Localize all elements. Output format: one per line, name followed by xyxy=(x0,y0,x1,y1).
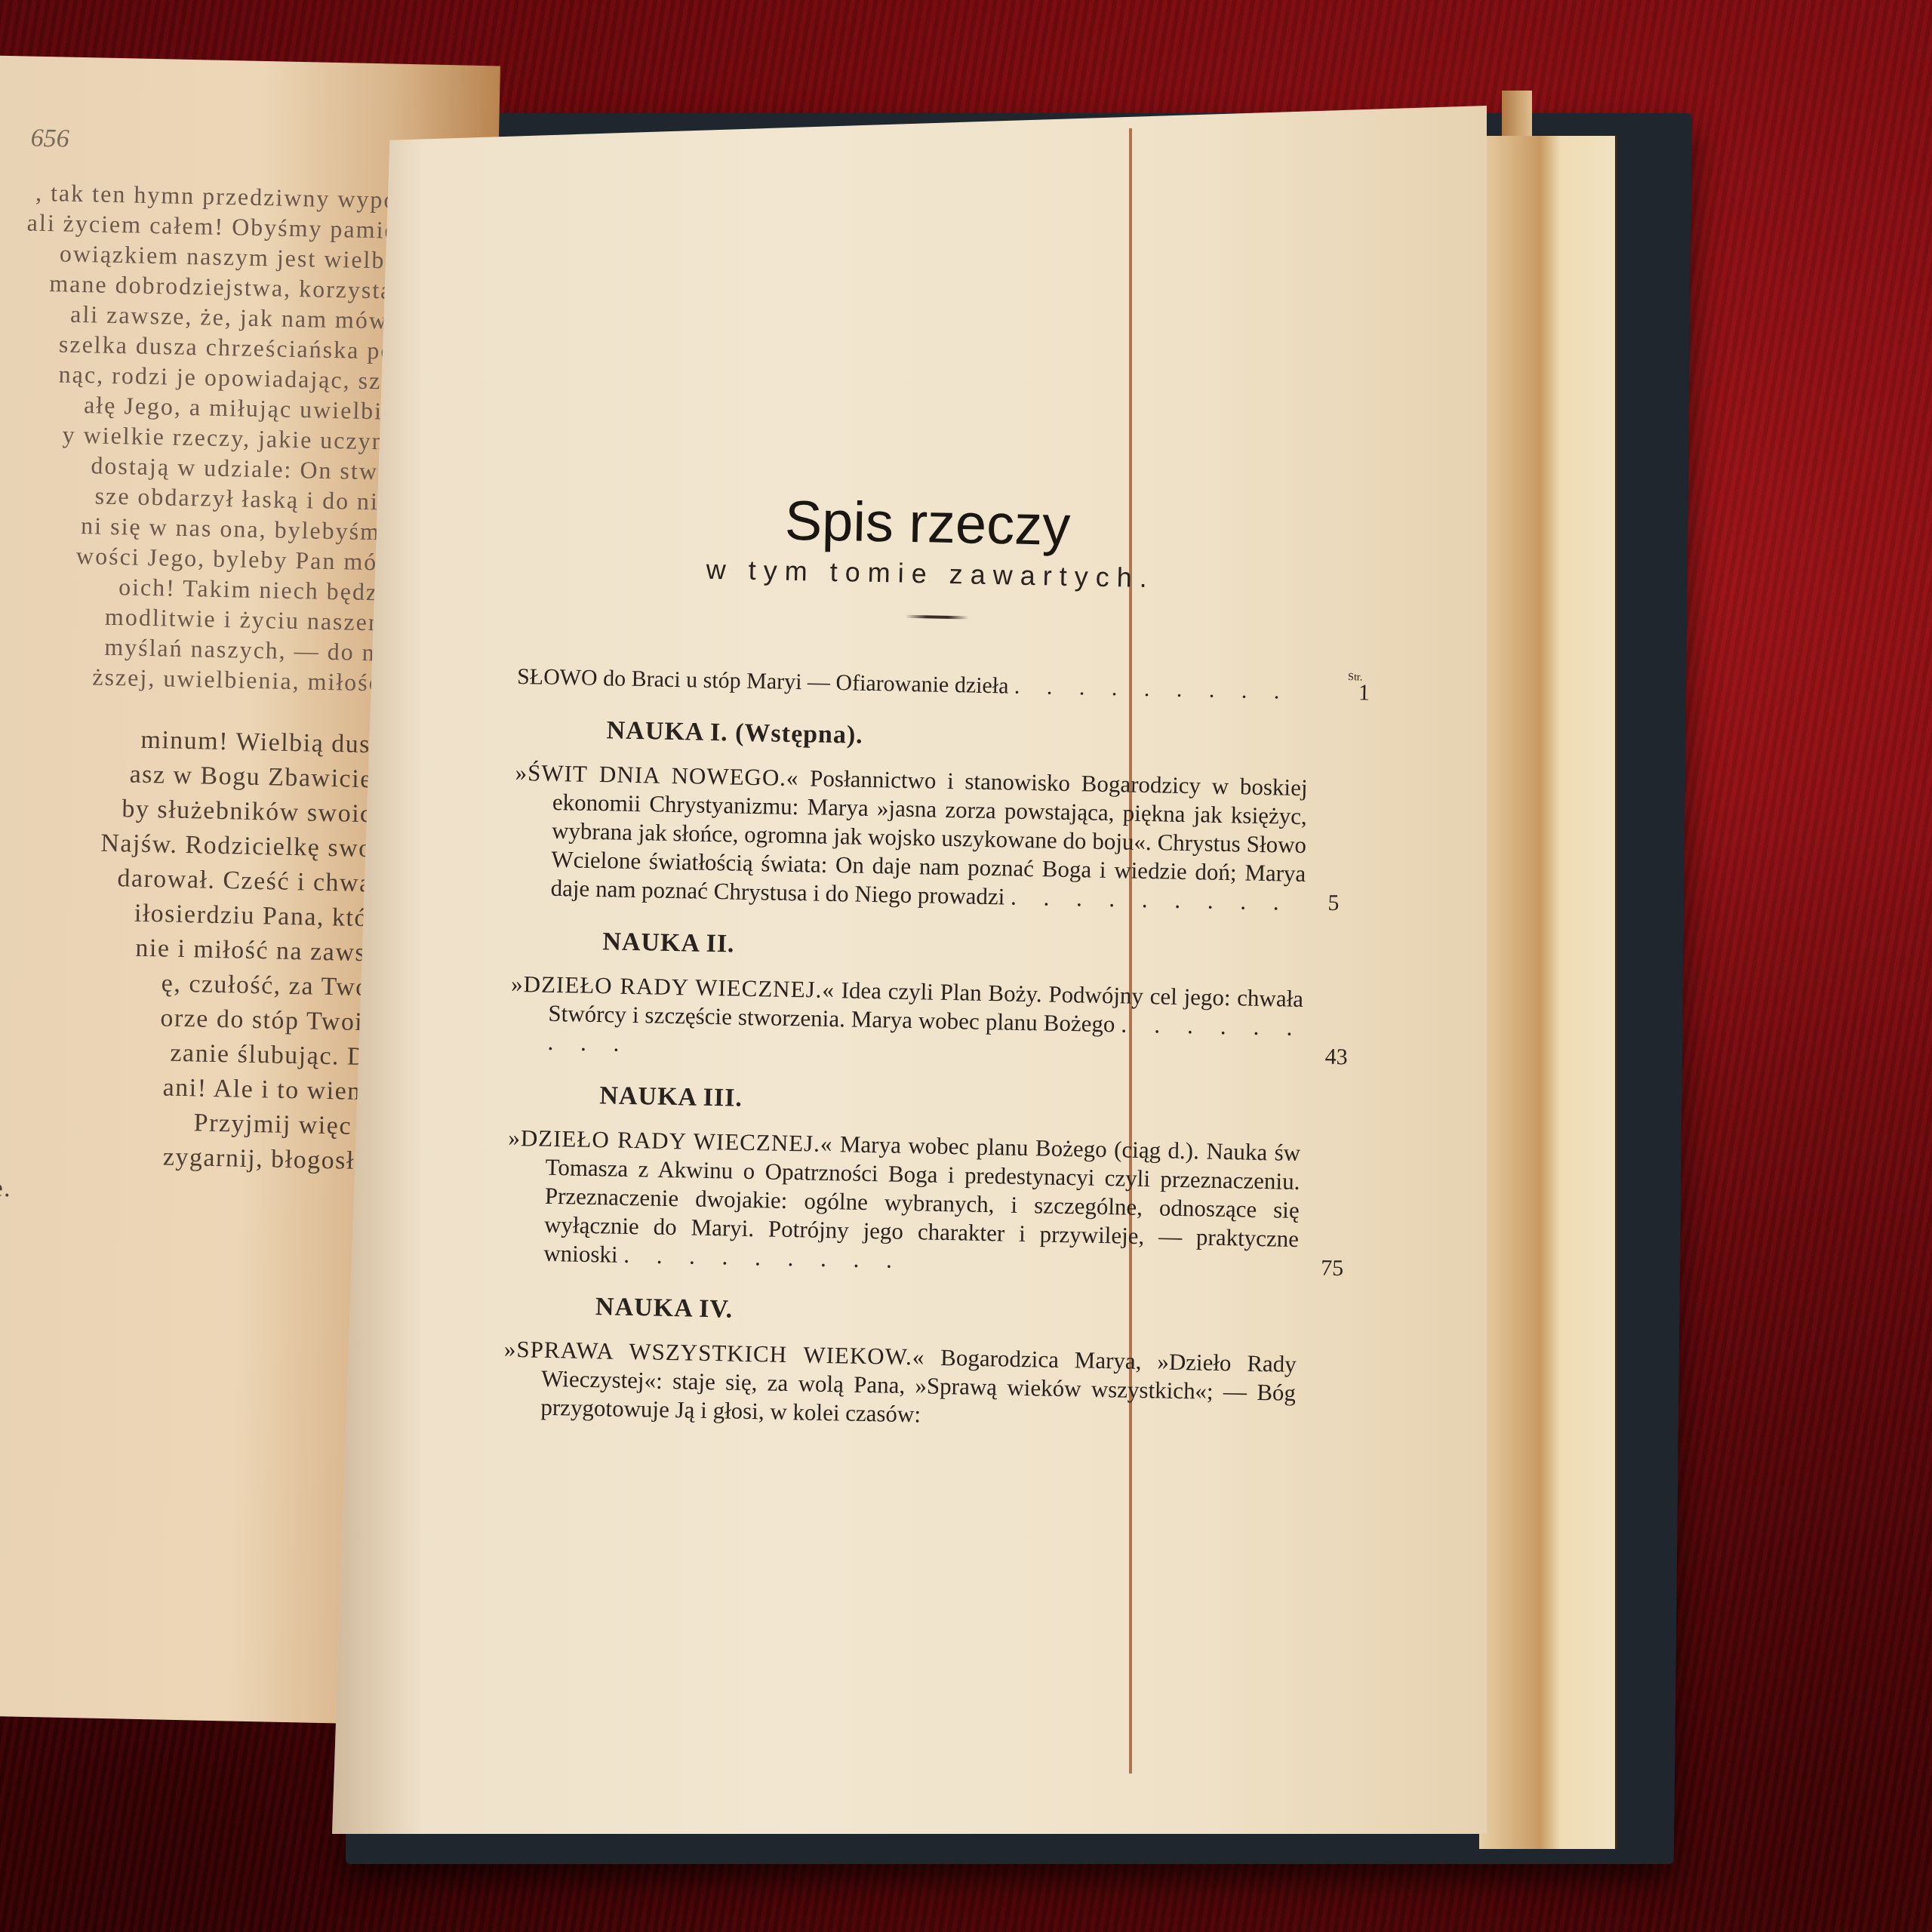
toc-entry: »DZIEŁO RADY WIECZNEJ.« Idea czyli Plan … xyxy=(509,970,1349,1072)
entry-page: 1 xyxy=(1358,679,1371,706)
dot-leader: . . . . . . . . . xyxy=(623,1241,903,1273)
section-heading: NAUKA IV. xyxy=(595,1293,1343,1336)
entry-title: »DZIEŁO RADY WIECZNEJ.« xyxy=(511,971,835,1003)
table-of-contents: Spis rzeczy w tym tomie zawartych. Str. … xyxy=(503,483,1358,1437)
page-number: 656 xyxy=(30,125,69,154)
section-heading: NAUKA II. xyxy=(602,928,1350,971)
page-block-edge xyxy=(1479,136,1617,1849)
toc-entry-slowo: Str. SŁOWO do Braci u stóp Maryi — Ofiar… xyxy=(517,663,1355,706)
entry-title: »ŚWIT DNIA NOWEGO.« xyxy=(515,759,799,791)
title-divider xyxy=(884,614,990,620)
dot-leader: . . . . . . . . . xyxy=(1011,884,1290,915)
entry-text: SŁOWO do Braci u stóp Maryi — Ofiarowani… xyxy=(517,664,1009,699)
left-page-text: , tak ten hymn przedziwny wypo- ali życi… xyxy=(0,176,408,1214)
section-heading: NAUKA III. xyxy=(599,1081,1347,1124)
section-heading: NAUKA I. (Wstępna). xyxy=(606,716,1354,759)
dot-leader: . . . . . . . . . xyxy=(1014,674,1291,704)
toc-entry: »ŚWIT DNIA NOWEGO.« Posłannictwo i stano… xyxy=(512,758,1352,918)
entry-title: »DZIEŁO RADY WIECZNEJ.« xyxy=(508,1124,833,1157)
toc-entry: »DZIEŁO RADY WIECZNEJ.« Marya wobec plan… xyxy=(506,1124,1346,1283)
toc-entry: »SPRAWA WSZYSTKICH WIEKOW.« Bogarodzica … xyxy=(503,1335,1342,1437)
